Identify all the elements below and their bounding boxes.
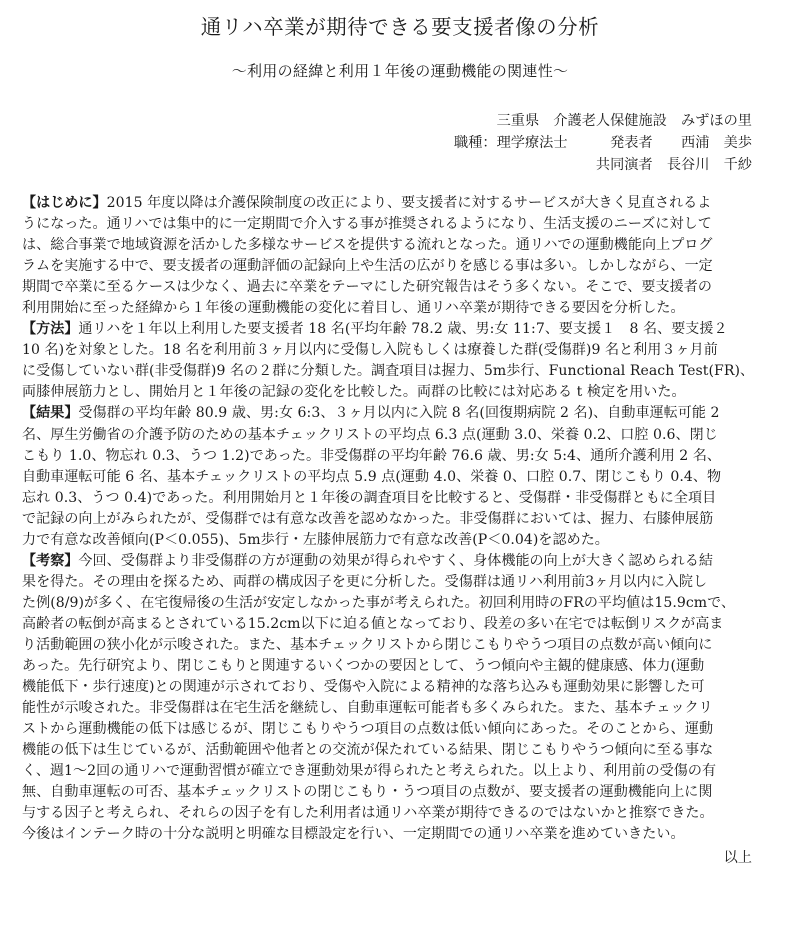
section-results-line: 力で有意な改善傾向(P＜0.055)、5m歩行・左膝伸展筋力で有意な改善(P＜0…	[22, 530, 780, 551]
section-intro-line: 利用開始に至った経緯から１年後の運動機能の変化に着目し、通リハ卒業が期待できる要…	[22, 298, 780, 319]
section-results-line: で記録の向上がみられたが、受傷群では有意な改善を認めなかった。非受傷群においては…	[22, 509, 780, 530]
section-discussion-line: 機能の低下は生じているが、活動範囲や他者との交流が保たれている結果、閉じこもりや…	[22, 740, 780, 761]
section-intro-line: は、総合事業で地域資源を活かした多様なサービスを提供する流れとなった。通リハでの…	[22, 235, 780, 256]
section-discussion-line: ストから運動機能の低下は感じるが、閉じこもりやうつ項目の点数は低い傾向にあった。…	[22, 719, 780, 740]
section-discussion-line: 与する因子と考えられ、それらの因子を有した利用者は通リハ卒業が期待できるのではな…	[22, 803, 780, 824]
section-intro-line: 期間で卒業に至るケースは少なく、過去に卒業をテーマにした研究報告はそう多くない。…	[22, 277, 780, 298]
section-heading-intro: 【はじめに】	[22, 195, 107, 211]
section-discussion-line: 果を得た。その理由を探るため、両群の構成因子を更に分析した。受傷群は通リハ利用前…	[22, 572, 780, 593]
section-discussion-line: 今後はインテーク時の十分な説明と明確な目標設定を行い、一定期間での通リハ卒業を進…	[22, 824, 780, 845]
closing-mark: 以上	[724, 847, 752, 867]
section-discussion-line: 無、自動車運転の可否、基本チェックリストの閉じこもり・うつ項目の点数が、要支援者…	[22, 782, 780, 803]
presenter-line: 職種：理学療法士 発表者 西浦 美歩	[454, 132, 752, 154]
section-discussion-line: あった。先行研究より、閉じこもりと関連するいくつかの要因として、うつ傾向や主観的…	[22, 656, 780, 677]
section-discussion-line: 【考察】今回、受傷群より非受傷群の方が運動の効果が得られやすく、身体機能の向上が…	[22, 551, 780, 572]
copresenter-line: 共同演者 長谷川 千紗	[454, 154, 752, 176]
section-results-line: 名、厚生労働省の介護予防のための基本チェックリストの平均点 6.3 点(運動 3…	[22, 425, 780, 446]
section-methods-line: に受傷していない群(非受傷群)9 名の２群に分類した。調査項目は握力、5m歩行、…	[22, 361, 780, 382]
document-body: 【はじめに】2015 年度以降は介護保険制度の改正により、要支援者に対するサービ…	[22, 193, 782, 845]
section-discussion-line: く、週1～2回の通リハで運動習慣が確立でき運動効果が得られたと考えられた。以上よ…	[22, 761, 780, 782]
section-heading-discussion: 【考察】	[22, 553, 78, 569]
section-results-line: 【結果】受傷群の平均年齢 80.9 歳、男:女 6:3、３ヶ月以内に入院 8 名…	[22, 403, 780, 424]
section-methods-line: 両膝伸展筋力とし、開始月と１年後の記録の変化を比較した。両群の比較には対応ある …	[22, 382, 780, 403]
document-subtitle: ～利用の経緯と利用１年後の運動機能の関連性～	[0, 60, 800, 81]
author-affiliation: 三重県 介護老人保健施設 みずほの里 職種：理学療法士 発表者 西浦 美歩 共同…	[454, 110, 752, 176]
facility-line: 三重県 介護老人保健施設 みずほの里	[454, 110, 752, 132]
section-discussion-line: 機能低下・歩行速度)との関連が示されており、受傷や入院による精神的な落ち込みも運…	[22, 677, 780, 698]
section-methods-line: 【方法】通リハを１年以上利用した要支援者 18 名(平均年齢 78.2 歳、男:…	[22, 319, 780, 340]
section-intro-line: うになった。通リハでは集中的に一定期間で介入する事が推奨されるようになり、生活支…	[22, 214, 780, 235]
section-methods-line: 10 名)を対象とした。18 名を利用前３ヶ月以内に受傷し入院もしくは療養した群…	[22, 340, 780, 361]
section-results-line: こもり 1.0、物忘れ 0.3、うつ 1.2)であった。非受傷群の平均年齢 76…	[22, 446, 780, 467]
section-results-line: 自動車運転可能 6 名、基本チェックリストの平均点 5.9 点(運動 4.0、栄…	[22, 467, 780, 488]
section-heading-methods: 【方法】	[22, 321, 78, 337]
section-discussion-line: 能性が示唆された。非受傷群は在宅生活を継続し、自動車運転可能者も多くみられた。ま…	[22, 698, 780, 719]
section-heading-results: 【結果】	[22, 405, 78, 421]
section-discussion-line: 高齢者の転倒が高まるとされている15.2cm以下に迫る値となっており、段差の多い…	[22, 614, 780, 635]
section-intro-line: ラムを実施する中で、要支援者の運動評価の記録向上や生活の広がりを感じる事は多い。…	[22, 256, 780, 277]
section-results-line: 忘れ 0.3、うつ 0.4)であった。利用開始月と１年後の調査項目を比較すると、…	[22, 488, 780, 509]
document-title: 通リハ卒業が期待できる要支援者像の分析	[0, 10, 800, 40]
section-intro-line: 【はじめに】2015 年度以降は介護保険制度の改正により、要支援者に対するサービ…	[22, 193, 780, 214]
section-discussion-line: た例(8/9)が多く、在宅復帰後の生活が安定しなかった事が考えられた。初回利用時…	[22, 593, 780, 614]
section-discussion-line: り活動範囲の狭小化が示唆された。また、基本チェックリストから閉じこもりやうつ項目…	[22, 635, 780, 656]
